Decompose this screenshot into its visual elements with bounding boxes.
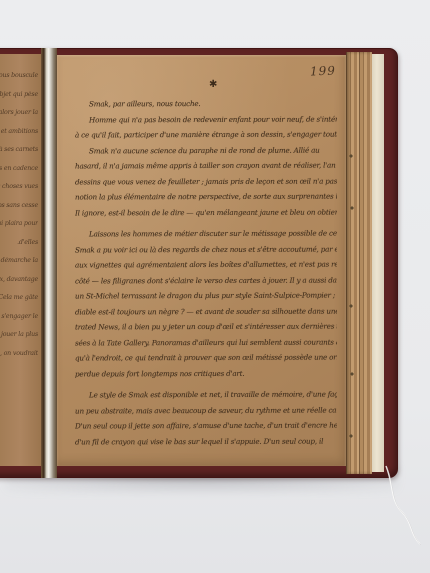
fragment: d'elles. — [0, 239, 38, 246]
fragment: à la démarche la — [0, 257, 38, 264]
manuscript-line: perdue depuis fort longtemps nos critiqu… — [75, 365, 337, 381]
manuscript-line: Smak a pu voir ici ou là des regards de … — [75, 241, 337, 257]
fragment: vous bouscule — [0, 72, 38, 79]
fragment: qui plaira pour — [0, 220, 38, 227]
fragment: à elle les choses vues — [0, 183, 38, 190]
book-gutter — [41, 48, 57, 478]
manuscript-line: trated News, il a bien pu y jeter un cou… — [75, 319, 337, 335]
previous-page-text-fragments: vous bouscule tout objet qui pèse il fau… — [0, 72, 38, 357]
fragment: tout objet qui pèse — [0, 91, 38, 98]
manuscript-page: 199 ✱ Smak, par ailleurs, nous touche. H… — [57, 55, 346, 466]
manuscript-line: un peu abstraite, mais avec beaucoup de … — [75, 402, 337, 418]
fragment: j'irai. Cela me gâte — [0, 294, 38, 301]
manuscript-line: Il ignore, est-il besoin de le dire — qu… — [75, 204, 337, 220]
open-book: vous bouscule tout objet qui pèse il fau… — [0, 48, 398, 478]
fragment: tirs en cadence — [0, 165, 38, 172]
manuscript-line: notion la plus élémentaire de notre pers… — [75, 189, 337, 205]
manuscript-line: qu'à l'endroit, ce qui tendrait à prouve… — [75, 350, 337, 366]
manuscript-line: Laissons les hommes de métier discuter s… — [75, 226, 337, 242]
handwritten-text: Smak, par ailleurs, nous touche. Homme q… — [75, 96, 337, 449]
manuscript-line: aux vignettes qui agrémentaient alors le… — [75, 257, 337, 273]
manuscript-line: d'un fil de crayon qui vise le bas sur l… — [75, 433, 337, 449]
manuscript-line: côté — les filigranes dont s'éclaire le … — [75, 272, 337, 288]
page-number: 199 — [310, 64, 336, 79]
page-stack-fore-edge — [346, 52, 372, 474]
manuscript-line: hasard, il n'a jamais même appris à tail… — [75, 158, 337, 174]
manuscript-line: Smak, par ailleurs, nous touche. — [75, 96, 337, 112]
fragment: garde, on voudrait — [0, 350, 38, 357]
previous-page-edge: vous bouscule tout objet qui pèse il fau… — [0, 54, 42, 466]
manuscript-line: Le style de Smak est disponible et net, … — [75, 387, 337, 403]
manuscript-line: Smak n'a aucune science du paraphe ni de… — [75, 142, 337, 158]
fragment: à ses carnets — [0, 146, 38, 153]
manuscript-line: un St-Michel terrassant le dragon du plu… — [75, 288, 337, 304]
manuscript-line: D'un seul coup il jette son affaire, s'a… — [75, 418, 337, 434]
thread — [380, 460, 430, 550]
manuscript-line: sées à la Tate Gallery. Panoramas d'aill… — [75, 334, 337, 350]
fragment: sérieux, davantage — [0, 276, 38, 283]
photograph: vous bouscule tout objet qui pèse il fau… — [0, 0, 430, 573]
fragment: le temps sans cesse — [0, 202, 38, 209]
asterisk-mark: ✱ — [209, 79, 217, 90]
manuscript-line: à ce qu'il fait, participer d'une manièr… — [75, 127, 337, 143]
fragment: regards et ambitions — [0, 128, 38, 135]
fore-edge-marks — [349, 148, 355, 448]
fragment: il faut alors jouer la — [0, 109, 38, 116]
manuscript-line: dessins que vous venez de feuilleter ; j… — [75, 173, 337, 189]
white-page-stack — [372, 54, 384, 472]
fragment: doit s'engager le — [0, 313, 38, 320]
fragment: ce sera jouer la plus — [0, 331, 38, 338]
manuscript-line: diable est-il toujours un nègre ? — et a… — [75, 303, 337, 319]
manuscript-line: Homme qui n'a pas besoin de redevenir en… — [75, 111, 337, 127]
